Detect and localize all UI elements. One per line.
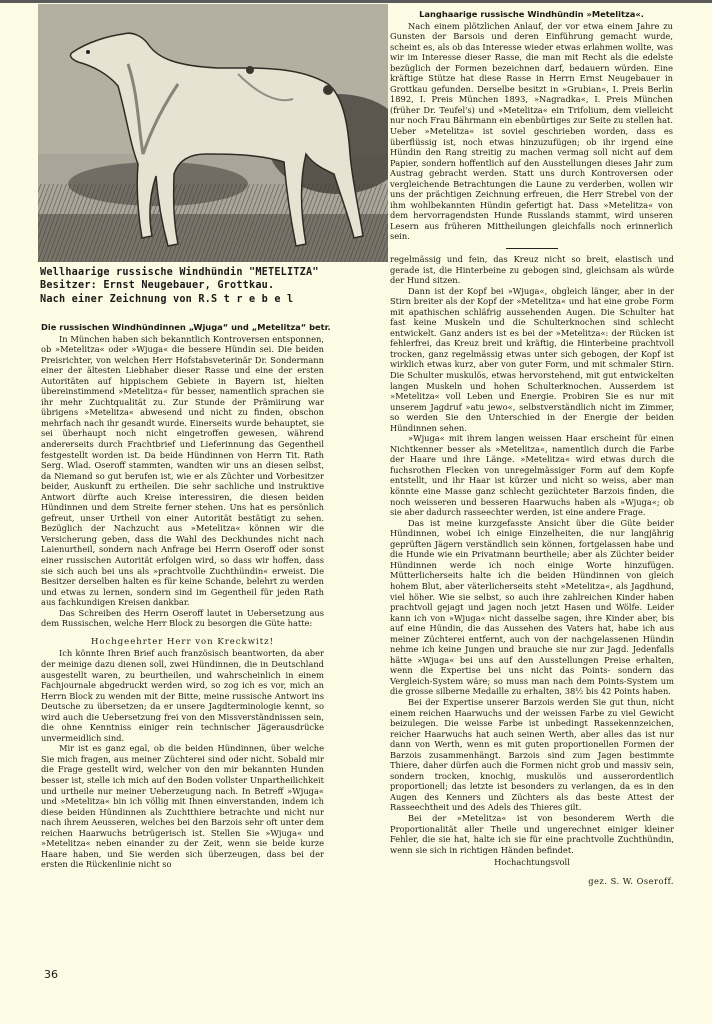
article-heading: Langhaarige russische Windhündin »Meteli…: [390, 9, 673, 20]
letter-paragraph: Bei der Expertise unserer Barzois werden…: [390, 697, 674, 813]
section-divider: [506, 248, 558, 249]
letter-paragraph: Ich könnte Ihren Brief auch französisch …: [41, 648, 324, 743]
letter-closing: Hochachtungsvoll: [390, 857, 674, 868]
caption-line-title: Wellhaarige russische Windhündin "METELI…: [40, 266, 386, 279]
article-paragraph: In München haben sich bekanntlich Kontro…: [41, 334, 324, 608]
borzoi-illustration: [38, 4, 388, 262]
article-metelitza-intro: Langhaarige russische Windhündin »Meteli…: [390, 9, 673, 249]
article-paragraph: Das Schreiben des Herrn Oseroff lautet i…: [41, 608, 324, 629]
letter-paragraph: regelmässig und fein, das Kreuz nicht so…: [390, 254, 674, 286]
dog-engraving-icon: [38, 4, 388, 262]
caption-line-artist: Nach einer Zeichnung von R.S t r e b e l: [40, 293, 386, 306]
letter-paragraph: Mir ist es ganz egal, ob die beiden Hünd…: [41, 743, 324, 870]
article-heading: Die russischen Windhündinnen „Wjuga“ und…: [41, 322, 324, 333]
article-paragraph: Nach einem plötzlichen Anlauf, der vor e…: [390, 21, 673, 242]
letter-salutation: Hochgeehrter Herr von Kreckwitz!: [41, 637, 324, 648]
article-main-right-column: regelmässig und fein, das Kreuz nicht so…: [390, 254, 674, 886]
article-main-left-column: Die russischen Windhündinnen „Wjuga“ und…: [41, 322, 324, 870]
letter-paragraph: Dann ist der Kopf bei »Wjuga«, obgleich …: [390, 286, 674, 434]
letter-paragraph: Bei der »Metelitza« ist von besonderem W…: [390, 813, 674, 855]
letter-signature: gez. S. W. Oseroff.: [390, 876, 674, 887]
page-number: 36: [44, 968, 58, 981]
caption-line-owner: Besitzer: Ernst Neugebauer, Grottkau.: [40, 279, 386, 292]
illustration-caption: Wellhaarige russische Windhündin "METELI…: [40, 266, 386, 306]
letter-paragraph: Das ist meine kurzgefasste Ansicht über …: [390, 518, 674, 697]
letter-paragraph: »Wjuga« mit ihrem langen weissen Haar er…: [390, 433, 674, 517]
scan-top-edge: [0, 0, 712, 3]
